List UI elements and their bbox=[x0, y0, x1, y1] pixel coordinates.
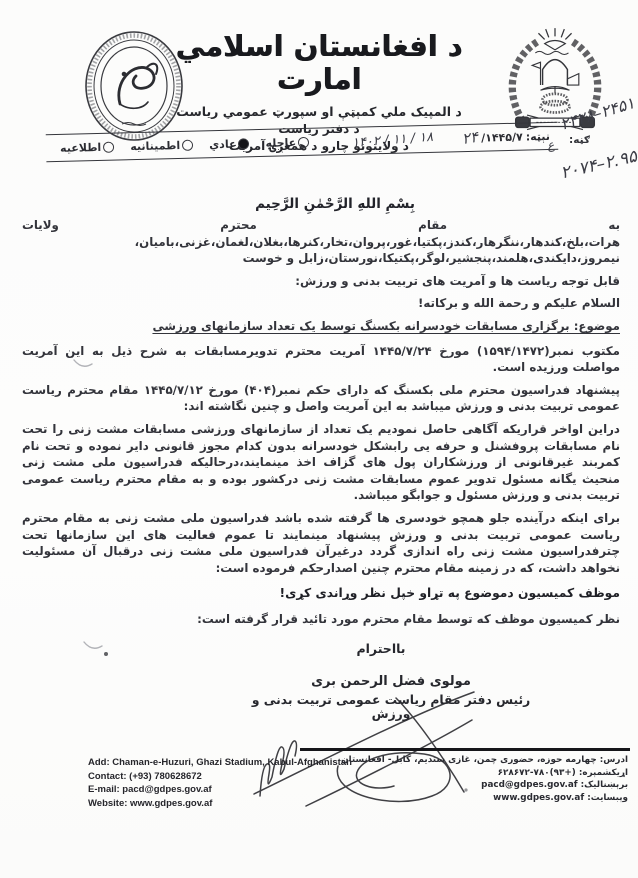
footer-contact-en: Add: Chaman-e-Huzuri, Ghazi Stadium, Kab… bbox=[88, 756, 352, 810]
checkbox-circle-icon bbox=[298, 136, 309, 147]
date-printed: ۱۴۴۵/۷/ bbox=[481, 130, 523, 144]
addressee-paragraph: به مقام محترم ولایات هرات،بلخ،کندهار،ننگ… bbox=[22, 217, 620, 267]
letter-page: د افغانستان اسلامي امارت د المپیک ملي کم… bbox=[0, 0, 638, 878]
checkbox-circle-icon bbox=[103, 141, 114, 152]
date-field: نېټه: ۱۴۴۵/۷/ ۲۴ ۱۸ / ۱۱ / ۱۴۰۲ bbox=[352, 127, 551, 150]
checkbox-label: عادي bbox=[209, 137, 237, 151]
handwritten-ref-number-bottom: ۲۰۷۴–۲.۹۵ bbox=[559, 147, 638, 184]
letter-body: به مقام محترم ولایات هرات،بلخ،کندهار،ننگ… bbox=[22, 217, 620, 635]
decree-line: موظف کمیسیون دموضوع په تړاو خپل نظر وړان… bbox=[22, 585, 620, 602]
directorate-title: د المپیک ملي کمېټې او سپورټ عمومي ریاست bbox=[168, 104, 470, 119]
footer-website-en: Website: www.gdpes.gov.af bbox=[88, 797, 352, 811]
footer-address-fa: ادرس: چهارمه حوزه، حضوری چمن، غازی ستدیم… bbox=[341, 754, 628, 767]
bismillah: بِسْمِ اللهِ الرَّحْمٰنِ الرَّحِيم bbox=[190, 196, 480, 212]
urgency-checkboxes: عاجله عادي اطمینانیه اطلاعیه bbox=[60, 135, 309, 154]
footer-contact-fa: ادرس: چهارمه حوزه، حضوری چمن، غازی ستدیم… bbox=[341, 754, 628, 804]
date-handwritten-alt: ۱۸ / ۱۱ / ۱۴۰۲ bbox=[351, 129, 433, 150]
checkbox-3: اطلاعیه bbox=[60, 140, 114, 154]
paragraph-complaint: دراین اواخر قراریکه آگاهی حاصل نمودیم یک… bbox=[22, 421, 620, 504]
number-label: ګڼه: bbox=[569, 134, 590, 146]
footer-address-en: Add: Chaman-e-Huzuri, Ghazi Stadium, Kab… bbox=[88, 756, 352, 770]
checkbox-circle-icon bbox=[182, 139, 193, 150]
footer-divider bbox=[300, 748, 630, 751]
footer-contact-number-fa: اړیکشمېره: (+۹۳)۷۸۰-۶۲۸۶۷۲ bbox=[341, 767, 628, 780]
commission-note: نظر کمیسیون موظف که توسط مقام محترم مورد… bbox=[22, 611, 620, 628]
footer-email-fa: برېښنالیک: pacd@gdpes.gov.af bbox=[341, 779, 628, 792]
checkbox-2: اطمینانیه bbox=[130, 138, 193, 153]
subject-line: موضوع: برگزاری مسابقات خودسرانه بکسنگ تو… bbox=[22, 318, 620, 335]
respect-line: بااحترام bbox=[236, 641, 526, 656]
footer-email-en: E-mail: pacd@gdpes.gov.af bbox=[88, 783, 352, 797]
emirate-title: د افغانستان اسلامي امارت bbox=[168, 30, 470, 97]
date-handwritten-day: ۲۴ bbox=[461, 128, 480, 148]
paragraph-request: برای اینکه درآینده جلو همچو خودسری ها گر… bbox=[22, 510, 620, 576]
checkbox-circle-icon bbox=[238, 138, 249, 149]
checkbox-label: اطلاعیه bbox=[60, 140, 101, 154]
paragraph-proposal: پیشنهاد فدراسیون محترم ملی بکسنگ که دارا… bbox=[22, 382, 620, 415]
checkbox-label: اطمینانیه bbox=[130, 138, 180, 152]
checkbox-0: عاجله bbox=[265, 135, 309, 149]
paragraph-received: مکتوب نمبر(۱۵۹۴/۱۴۷۲) مورخ ۱۴۴۵/۷/۲۴ آمر… bbox=[22, 343, 620, 376]
salutation-line: السلام علیکم و رحمة الله و برکاته! bbox=[22, 295, 620, 312]
footer-contact-number-en: Contact: (+93) 780628672 bbox=[88, 770, 352, 784]
checkbox-1: عادي bbox=[209, 137, 250, 151]
checkbox-label: عاجله bbox=[265, 136, 296, 150]
attention-line: قابل توجه ریاست ها و آمریت های تربیت بدن… bbox=[22, 273, 620, 290]
footer-website-fa: وېبسایت: www.gdpes.gov.af bbox=[341, 792, 628, 805]
